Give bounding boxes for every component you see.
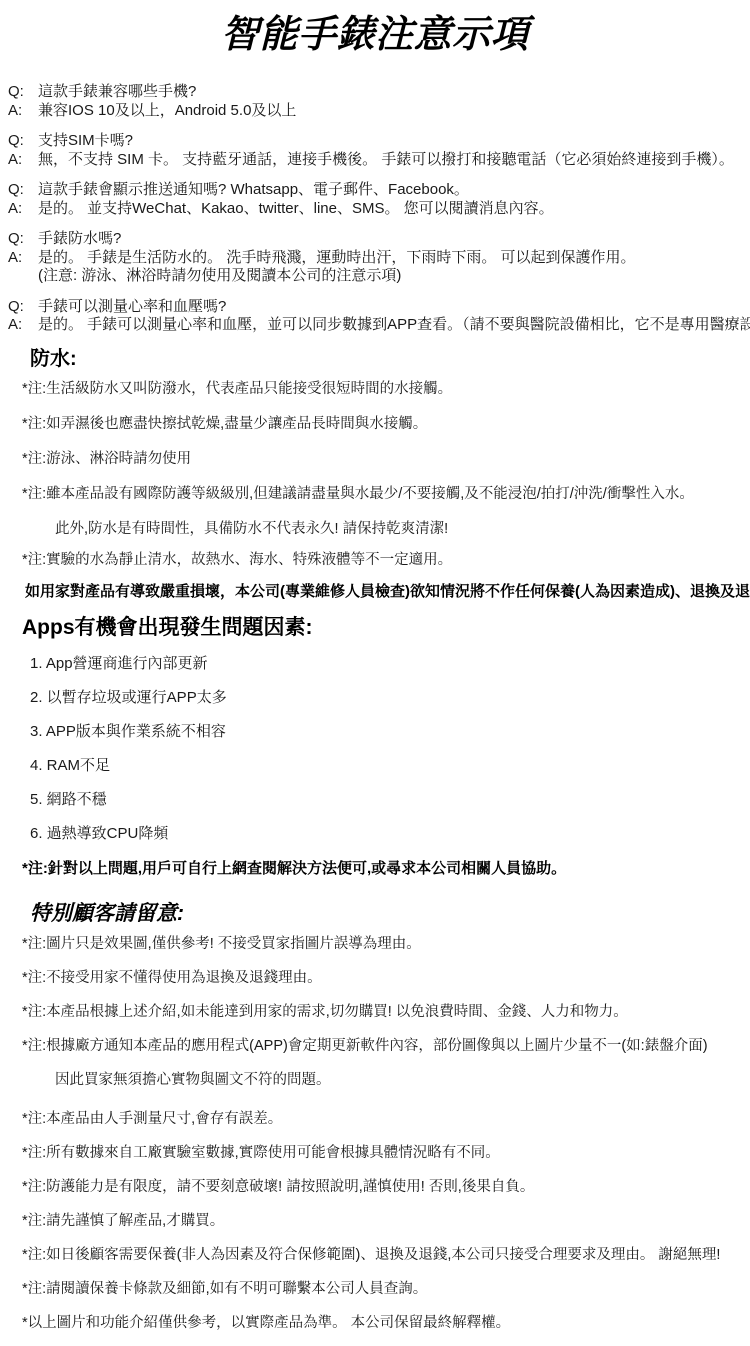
question-prefix: Q: <box>8 230 38 249</box>
waterproof-heading: 防水: <box>30 347 746 371</box>
question-prefix: Q: <box>8 132 38 151</box>
special-note: *注:所有數據來自工廠實驗室數據,實際使用可能會根據具體情況略有不同。 <box>22 1144 746 1162</box>
question-prefix: Q: <box>8 298 38 317</box>
qa-question: Q: 手錶可以測量心率和血壓嗎? <box>8 298 742 317</box>
disclaimer-line: *以上圖片和功能介紹僅供參考，以實際產品為準。 本公司保留最終解釋權。 <box>22 1314 746 1332</box>
special-note: *注:本產品由人手測量尺寸,會存有誤差。 <box>22 1110 746 1128</box>
qa-answer: A: 是的。 手錶是生活防水的。 洗手時飛濺，運動時出汗，下雨時下雨。 可以起到… <box>8 249 742 268</box>
page-title: 智能手錶注意示項 <box>0 0 750 58</box>
qa-answer-note-text: (注意: 游泳、淋浴時請勿使用及閱讀本公司的注意示項) <box>38 267 401 286</box>
special-note: *注:本產品根據上述介紹,如未能達到用家的需求,切勿購買! 以免浪費時間、金錢、… <box>22 1003 746 1021</box>
special-note: *注:根據廠方通知本產品的應用程式(APP)會定期更新軟件內容，部份圖像與以上圖… <box>22 1037 746 1055</box>
waterproof-note: *注:雖本產品設有國際防護等級級別,但建議請盡量與水最少/不要接觸,及不能浸泡/… <box>22 485 746 503</box>
answer-prefix: A: <box>8 151 38 170</box>
special-note: *注:請先謹慎了解產品,才購買。 <box>22 1212 746 1230</box>
qa-answer: A: 是的。 並支持WeChat、Kakao、twitter、line、SMS。… <box>8 200 742 219</box>
apps-issues-heading: Apps有機會出現發生問題因素: <box>22 615 746 641</box>
qa-question-text: 這款手錶會顯示推送通知嗎? Whatsapp、電子郵件、Facebook。 <box>38 181 469 200</box>
qa-question-text: 手錶防水嗎? <box>38 230 121 249</box>
apps-issues-section: Apps有機會出現發生問題因素: 1. App營運商進行內部更新 2. 以暫存垃… <box>0 615 750 878</box>
qa-answer-text: 是的。 並支持WeChat、Kakao、twitter、line、SMS。 您可… <box>38 200 554 219</box>
special-note: *注:如日後顧客需要保養(非人為因素及符合保修範圍)、退換及退錢,本公司只接受合… <box>22 1246 746 1264</box>
special-note: *注:圖片只是效果圖,僅供參考! 不接受買家指圖片誤導為理由。 <box>22 935 746 953</box>
qa-block-waterproof: Q: 手錶防水嗎? A: 是的。 手錶是生活防水的。 洗手時飛濺，運動時出汗，下… <box>8 230 742 286</box>
qa-block-compatibility: Q: 這款手錶兼容哪些手機? A: 兼容IOS 10及以上，Android 5.… <box>8 83 742 120</box>
question-prefix: Q: <box>8 83 38 102</box>
notice-document: 智能手錶注意示項 Q: 這款手錶兼容哪些手機? A: 兼容IOS 10及以上，A… <box>0 0 750 1346</box>
waterproof-note: *注:如弄濕後也應盡快擦拭乾燥,盡量少讓產品長時間與水接觸。 <box>22 415 746 433</box>
qa-answer-text: 無，不支持 SIM 卡。 支持藍牙通話，連接手機後。 手錶可以撥打和接聽電話（它… <box>38 151 734 170</box>
list-item: 2. 以暫存垃圾或運行APP太多 <box>30 689 746 707</box>
list-item: 1. App營運商進行內部更新 <box>30 655 746 673</box>
special-note: *注:防護能力是有限度，請不要刻意破壞! 請按照說明,謹慎使用! 否則,後果自負… <box>22 1178 746 1196</box>
answer-prefix: A: <box>8 249 38 268</box>
qa-question-text: 手錶可以測量心率和血壓嗎? <box>38 298 226 317</box>
special-note: *注:請閱讀保養卡條款及細節,如有不明可聯繫本公司人員查詢。 <box>22 1280 746 1298</box>
waterproof-note: *注:游泳、淋浴時請勿使用 <box>22 450 746 468</box>
waterproof-note: *注:生活級防水又叫防潑水，代表產品只能接受很短時間的水接觸。 <box>22 380 746 398</box>
question-prefix: Q: <box>8 181 38 200</box>
list-item: 3. APP版本與作業系統不相容 <box>30 723 746 741</box>
answer-indent-spacer <box>8 267 38 286</box>
qa-answer-continuation: (注意: 游泳、淋浴時請勿使用及閱讀本公司的注意示項) <box>8 267 742 286</box>
qa-answer-text: 是的。 手錶是生活防水的。 洗手時飛濺，運動時出汗，下雨時下雨。 可以起到保護作… <box>38 249 636 268</box>
qa-answer: A: 是的。 手錶可以測量心率和血壓，並可以同步數據到APP查看。（請不要與醫院… <box>8 316 742 335</box>
qa-answer-text: 兼容IOS 10及以上，Android 5.0及以上 <box>38 102 296 121</box>
special-attention-heading: 特別顧客請留意: <box>30 901 746 927</box>
qa-question: Q: 這款手錶兼容哪些手機? <box>8 83 742 102</box>
qa-question: Q: 這款手錶會顯示推送通知嗎? Whatsapp、電子郵件、Facebook。 <box>8 181 742 200</box>
waterproof-section: 防水: *注:生活級防水又叫防潑水，代表產品只能接受很短時間的水接觸。 *注:如… <box>0 347 750 601</box>
qa-section: Q: 這款手錶兼容哪些手機? A: 兼容IOS 10及以上，Android 5.… <box>0 83 750 335</box>
qa-question: Q: 支持SIM卡嗎? <box>8 132 742 151</box>
list-item: 6. 過熱導致CPU降頻 <box>30 825 746 843</box>
list-item: 5. 網路不穩 <box>30 791 746 809</box>
qa-question-text: 支持SIM卡嗎? <box>38 132 133 151</box>
answer-prefix: A: <box>8 102 38 121</box>
qa-block-heart-rate: Q: 手錶可以測量心率和血壓嗎? A: 是的。 手錶可以測量心率和血壓，並可以同… <box>8 298 742 335</box>
qa-answer: A: 兼容IOS 10及以上，Android 5.0及以上 <box>8 102 742 121</box>
qa-block-notifications: Q: 這款手錶會顯示推送通知嗎? Whatsapp、電子郵件、Facebook。… <box>8 181 742 218</box>
waterproof-extra-note: 此外,防水是有時間性，具備防水不代表永久! 請保持乾爽清潔! <box>22 520 746 538</box>
qa-answer-text: 是的。 手錶可以測量心率和血壓，並可以同步數據到APP查看。（請不要與醫院設備相… <box>38 316 750 335</box>
qa-block-sim-card: Q: 支持SIM卡嗎? A: 無，不支持 SIM 卡。 支持藍牙通話，連接手機後… <box>8 132 742 169</box>
qa-question-text: 這款手錶兼容哪些手機? <box>38 83 196 102</box>
special-note: *注:不接受用家不懂得使用為退換及退錢理由。 <box>22 969 746 987</box>
apps-solution-note: *注:針對以上問題,用戶可自行上網查閱解決方法便可,或尋求本公司相關人員協助。 <box>22 859 746 878</box>
waterproof-note: *注:實驗的水為靜止清水，故熱水、海水、特殊液體等不一定適用。 <box>22 551 746 569</box>
special-note-continuation: 因此買家無須擔心實物與圖文不符的問題。 <box>22 1071 746 1089</box>
list-item: 4. RAM不足 <box>30 757 746 775</box>
qa-answer: A: 無，不支持 SIM 卡。 支持藍牙通話，連接手機後。 手錶可以撥打和接聽電… <box>8 151 742 170</box>
answer-prefix: A: <box>8 316 38 335</box>
damage-warning-line: 如用家對產品有導致嚴重損壞，本公司(專業維修人員檢查)欲知情況將不作任何保養(人… <box>25 582 746 601</box>
qa-question: Q: 手錶防水嗎? <box>8 230 742 249</box>
special-attention-section: 特別顧客請留意: *注:圖片只是效果圖,僅供參考! 不接受買家指圖片誤導為理由。… <box>0 901 750 1332</box>
answer-prefix: A: <box>8 200 38 219</box>
